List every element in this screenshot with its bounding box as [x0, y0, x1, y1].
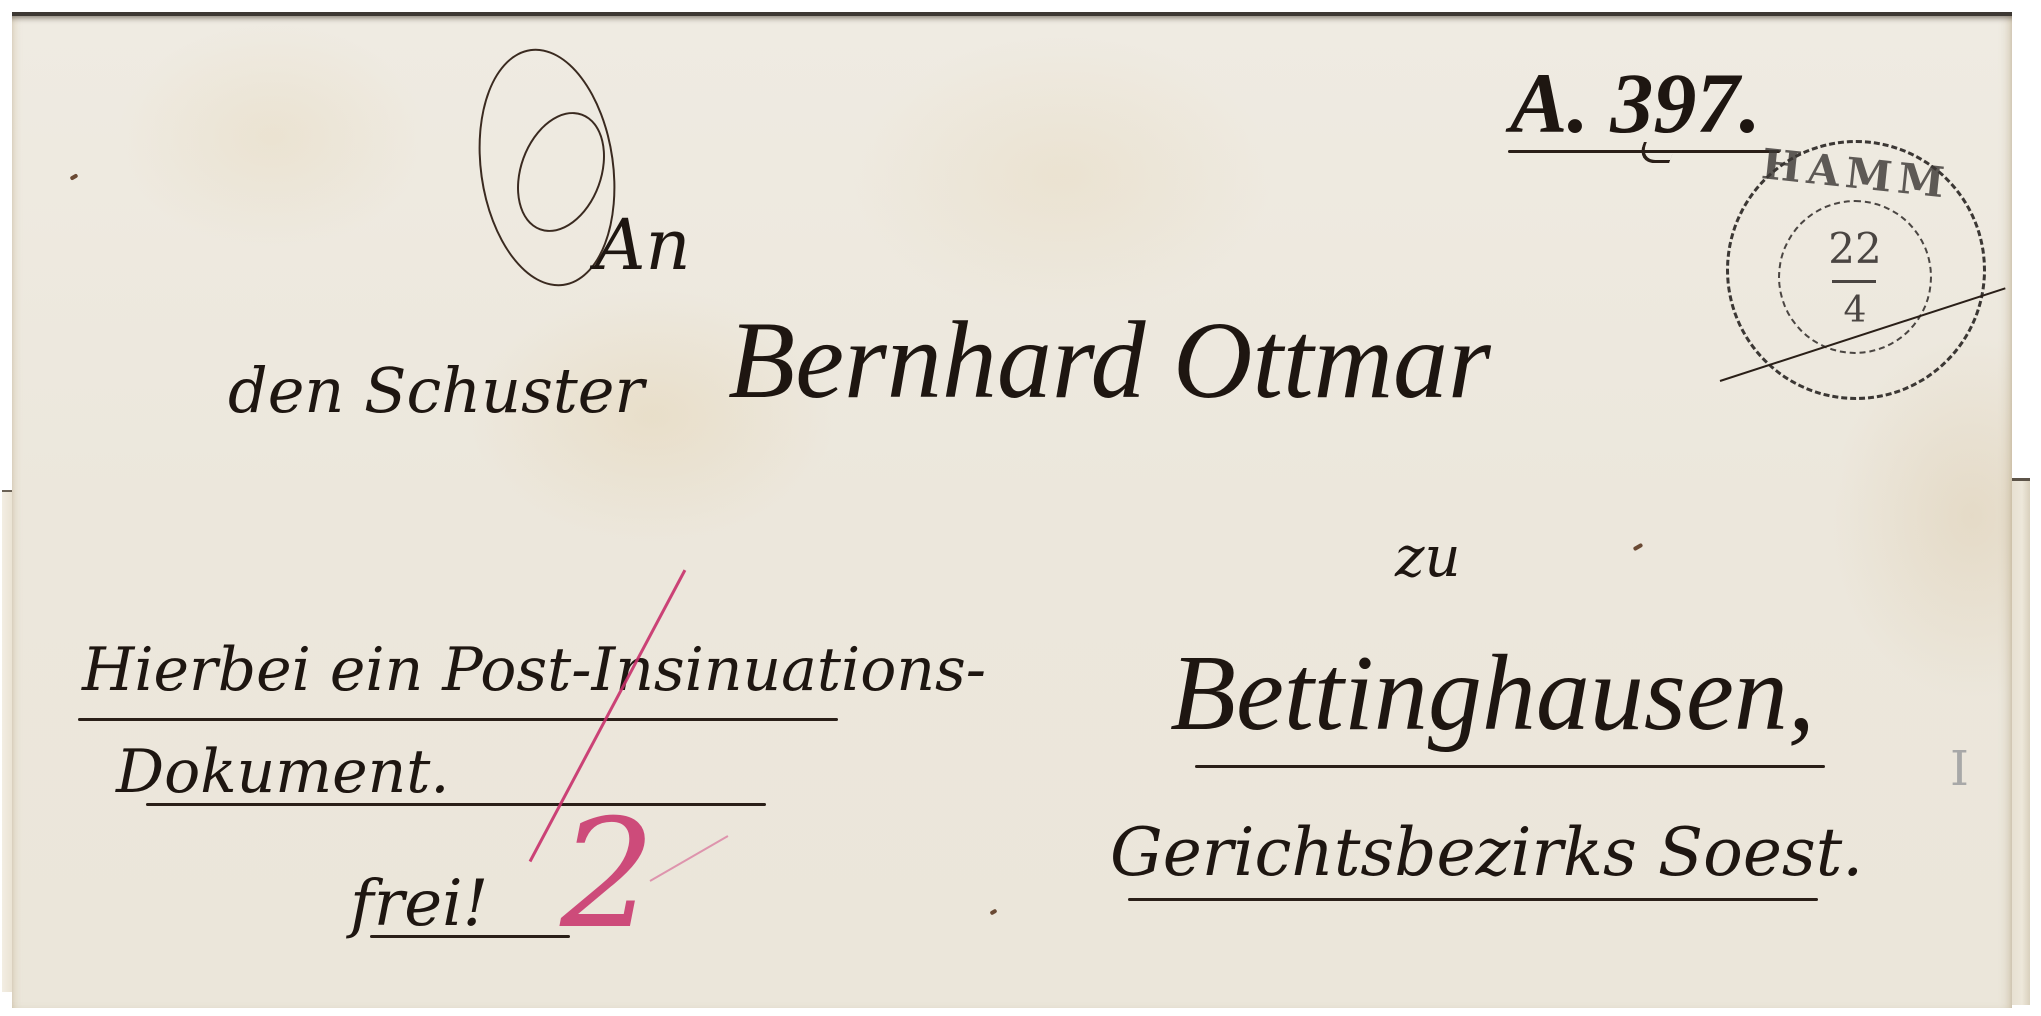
franking-underline — [370, 935, 570, 938]
scan-background: An A. 397. HAMM 22 4 den Schuster Bernha… — [0, 0, 2041, 1016]
postmark-month: 4 — [1780, 290, 1930, 331]
town-underline — [1195, 765, 1825, 768]
enclosure-note-underline1 — [78, 718, 838, 721]
back-flap-right — [2010, 478, 2030, 1005]
enclosure-note-underline2 — [146, 803, 766, 806]
enclosure-note-line1: Hierbei ein Post-Insinuations- — [82, 640, 986, 700]
salutation: An — [595, 210, 691, 280]
franking-note: frei! — [350, 872, 488, 936]
reference-number: A. 397. — [1510, 60, 1761, 146]
destination-district: Gerichtsbezirks Soest. — [1110, 820, 1863, 886]
recipient-prefix: den Schuster — [228, 360, 644, 422]
address-preposition: zu — [1395, 530, 1461, 586]
postmark-stamp: HAMM 22 4 — [1726, 140, 1986, 400]
district-underline — [1128, 898, 1818, 901]
enclosure-note-line2: Dokument. — [116, 742, 449, 802]
destination-town: Bettinghausen, — [1170, 640, 1815, 748]
postmark-day: 22 — [1780, 224, 1930, 273]
pencil-mark: I — [1950, 745, 1969, 793]
postmark-divider — [1832, 280, 1876, 283]
postmark-inner-ring: 22 4 — [1778, 200, 1932, 354]
rate-marking: 2 — [560, 800, 655, 950]
recipient-name: Bernhard Ottmar — [728, 305, 1491, 415]
